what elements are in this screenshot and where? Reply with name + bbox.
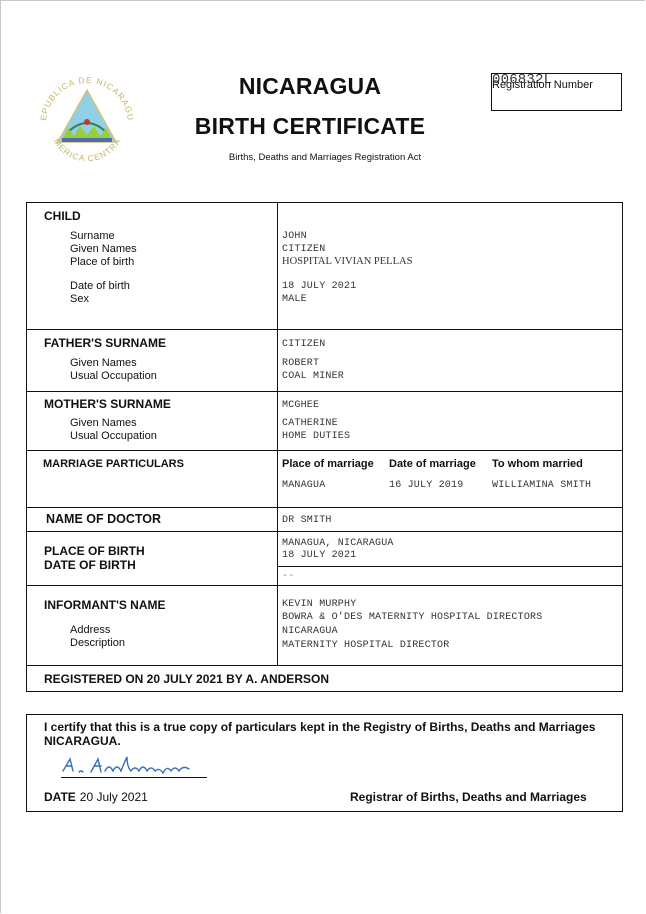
informant-address-line2: NICARAGUA [282,625,338,638]
registrar-title: Registrar of Births, Deaths and Marriage… [350,790,587,804]
marriage-spouse: WILLIAMINA SMITH [492,479,591,492]
section-mother: MOTHER'S SURNAME [44,397,171,411]
birth-date: 18 JULY 2021 [282,549,356,562]
child-sex: MALE [282,293,307,306]
label-father-given-names: Given Names [70,357,137,370]
label-father-occupation: Usual Occupation [70,370,157,383]
label-description: Description [70,637,125,650]
child-date-of-birth: 18 JULY 2021 [282,280,356,293]
section-place-of-birth: PLACE OF BIRTH [44,544,145,558]
section-informant: INFORMANT'S NAME [44,598,166,612]
certification-statement: I certify that this is a true copy of pa… [44,720,614,748]
header-place-of-marriage: Place of marriage [282,458,374,470]
label-given-names: Given Names [70,243,137,256]
country-title: NICARAGUA [180,73,440,100]
mother-occupation: HOME DUTIES [282,430,350,443]
coat-of-arms-icon: REPUBLICA DE NICARAGUA AMERICA CENTRAL [32,72,142,172]
document-title: BIRTH CERTIFICATE [160,113,460,140]
certification-box: I certify that this is a true copy of pa… [26,714,623,812]
mother-surname: MCGHEE [282,399,319,412]
header-to-whom-married: To whom married [492,458,583,470]
registration-number: 006832L [492,74,552,87]
divider [27,391,622,392]
label-address: Address [70,624,110,637]
father-occupation: COAL MINER [282,370,344,383]
section-doctor: NAME OF DOCTOR [46,512,161,526]
section-marriage: MARRIAGE PARTICULARS [43,458,184,470]
informant-name: KEVIN MURPHY [282,598,356,611]
divider [27,585,622,586]
section-date-of-birth: DATE OF BIRTH [44,558,136,572]
divider [27,531,622,532]
child-place-of-birth: HOSPITAL VIVIAN PELLAS [282,255,412,268]
column-divider [277,203,278,665]
divider [277,566,622,567]
section-father: FATHER'S SURNAME [44,336,166,350]
signature-icon [61,751,211,777]
father-surname: CITIZEN [282,338,325,351]
certification-date: DATE20 July 2021 [44,790,148,804]
label-mother-given-names: Given Names [70,417,137,430]
label-sex: Sex [70,293,89,306]
informant-address-line1: BOWRA & O'DES MATERNITY HOSPITAL DIRECTO… [282,611,542,624]
marriage-place: MANAGUA [282,479,325,492]
label-mother-occupation: Usual Occupation [70,430,157,443]
header-date-of-marriage: Date of marriage [389,458,476,470]
divider [27,507,622,508]
particulars-table: CHILD Surname Given Names Place of birth… [26,202,623,692]
signature-line [61,777,207,778]
mother-given-names: CATHERINE [282,417,338,430]
date-label: DATE [44,790,76,804]
divider [27,450,622,451]
child-surname: JOHN [282,230,307,243]
date-value: 20 July 2021 [80,790,148,804]
informant-description: MATERNITY HOSPITAL DIRECTOR [282,639,449,652]
label-place-of-birth: Place of birth [70,256,134,269]
label-date-of-birth: Date of birth [70,280,130,293]
marriage-date: 16 JULY 2019 [389,479,463,492]
registered-statement: REGISTERED ON 20 JULY 2021 BY A. ANDERSO… [44,672,329,686]
registration-number-box: Registration Number 006832L [491,73,622,111]
divider [27,329,622,330]
document-subtitle: Births, Deaths and Marriages Registratio… [210,152,440,163]
label-surname: Surname [70,230,115,243]
divider [27,665,622,666]
section-child: CHILD [44,209,81,223]
doctor-name: DR SMITH [282,514,332,527]
birth-extra: -- [282,570,294,583]
father-given-names: ROBERT [282,357,319,370]
